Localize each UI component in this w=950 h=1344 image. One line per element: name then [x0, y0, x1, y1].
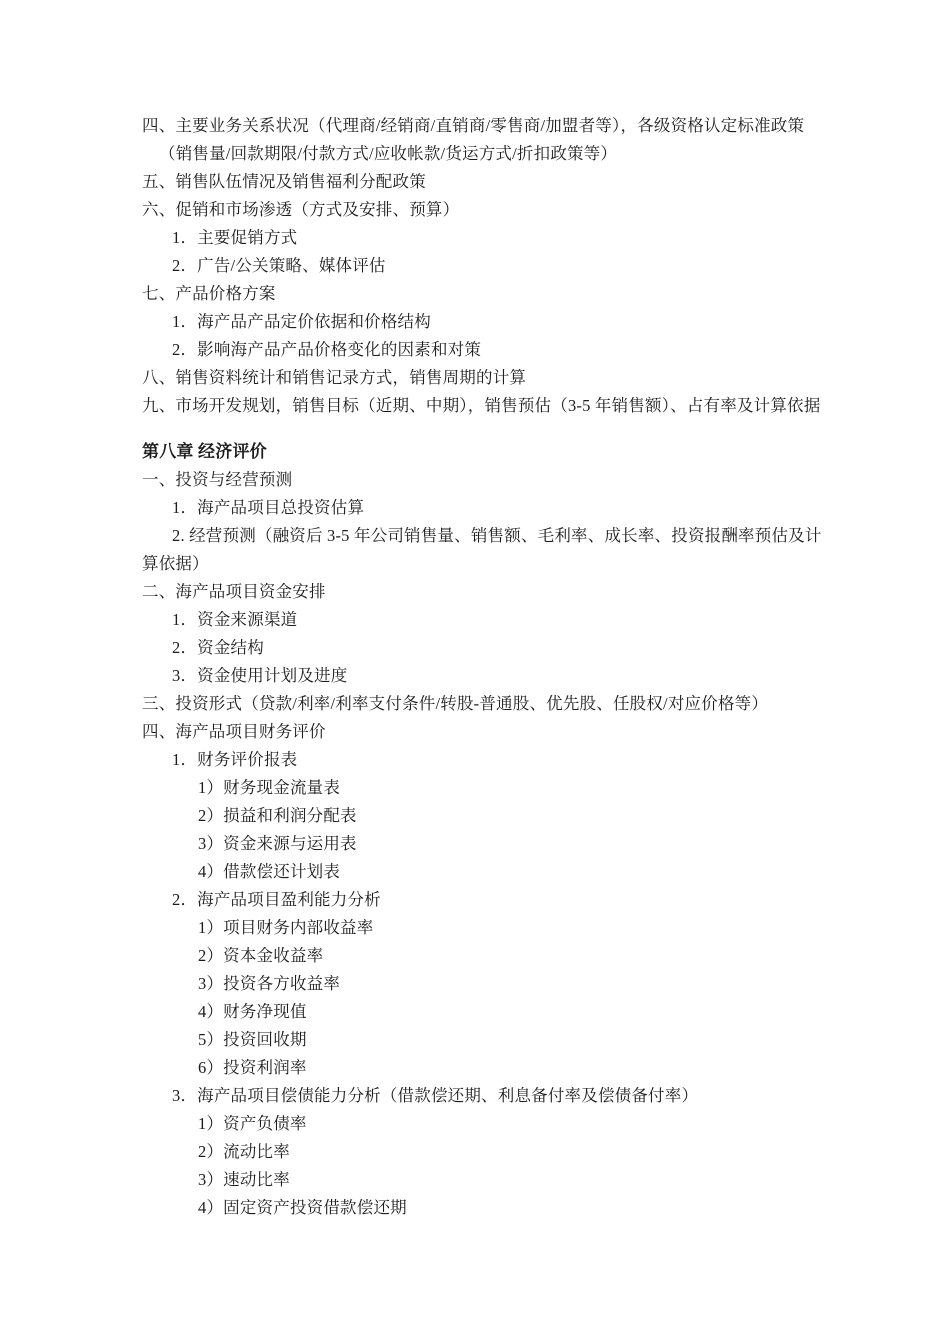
outline-line: 3．海产品项目偿债能力分析（借款偿还期、利息备付率及偿债备付率）: [142, 1082, 820, 1110]
outline-line: 八、销售资料统计和销售记录方式，销售周期的计算: [142, 364, 820, 392]
outline-line: 1．财务评价报表: [142, 746, 820, 774]
outline-line: 二、海产品项目资金安排: [142, 578, 820, 606]
outline-line: 1．海产品产品定价依据和价格结构: [142, 308, 820, 336]
outline-line: 2．广告/公关策略、媒体评估: [142, 252, 820, 280]
outline-line: 4）财务净现值: [142, 998, 820, 1026]
outline-line: 五、销售队伍情况及销售福利分配政策: [142, 168, 820, 196]
outline-line: 2．海产品项目盈利能力分析: [142, 886, 820, 914]
outline-line: 3）资金来源与运用表: [142, 830, 820, 858]
outline-line: 六、促销和市场渗透（方式及安排、预算）: [142, 196, 820, 224]
outline-line: 1）项目财务内部收益率: [142, 914, 820, 942]
outline-line: 七、产品价格方案: [142, 280, 820, 308]
chapter-heading: 第八章 经济评价: [142, 438, 820, 466]
outline-line: 1．资金来源渠道: [142, 606, 820, 634]
document-outline: 四、主要业务关系状况（代理商/经销商/直销商/零售商/加盟者等），各级资格认定标…: [142, 112, 820, 1222]
outline-line: 2．资金结构: [142, 634, 820, 662]
outline-line: 1．海产品项目总投资估算: [142, 494, 820, 522]
outline-line: 2. 经营预测（融资后 3-5 年公司销售量、销售额、毛利率、成长率、投资报酬率…: [142, 522, 820, 550]
outline-line: 2．影响海产品产品价格变化的因素和对策: [142, 336, 820, 364]
outline-line: 四、海产品项目财务评价: [142, 718, 820, 746]
outline-line: 3）速动比率: [142, 1166, 820, 1194]
outline-line: 九、市场开发规划，销售目标（近期、中期），销售预估（3-5 年销售额）、占有率及…: [142, 392, 820, 420]
outline-line: 3．资金使用计划及进度: [142, 662, 820, 690]
outline-line: 一、投资与经营预测: [142, 466, 820, 494]
document-page: 四、主要业务关系状况（代理商/经销商/直销商/零售商/加盟者等），各级资格认定标…: [0, 0, 950, 1344]
outline-line: 2）流动比率: [142, 1138, 820, 1166]
outline-line: 4）借款偿还计划表: [142, 858, 820, 886]
outline-line: 5）投资回收期: [142, 1026, 820, 1054]
outline-line: 4）固定资产投资借款偿还期: [142, 1194, 820, 1222]
outline-line: 1）资产负债率: [142, 1110, 820, 1138]
outline-line: （销售量/回款期限/付款方式/应收帐款/货运方式/折扣政策等）: [142, 140, 820, 168]
outline-line: 3）投资各方收益率: [142, 970, 820, 998]
outline-line: 三、投资形式（贷款/利率/利率支付条件/转股-普通股、优先股、任股权/对应价格等…: [142, 690, 820, 718]
outline-line: 2）资本金收益率: [142, 942, 820, 970]
outline-line: 1）财务现金流量表: [142, 774, 820, 802]
outline-line: 1．主要促销方式: [142, 224, 820, 252]
outline-line: 四、主要业务关系状况（代理商/经销商/直销商/零售商/加盟者等），各级资格认定标…: [142, 112, 820, 140]
outline-line: 2）损益和利润分配表: [142, 802, 820, 830]
outline-line: 6）投资利润率: [142, 1054, 820, 1082]
outline-line: 算依据）: [142, 550, 820, 578]
